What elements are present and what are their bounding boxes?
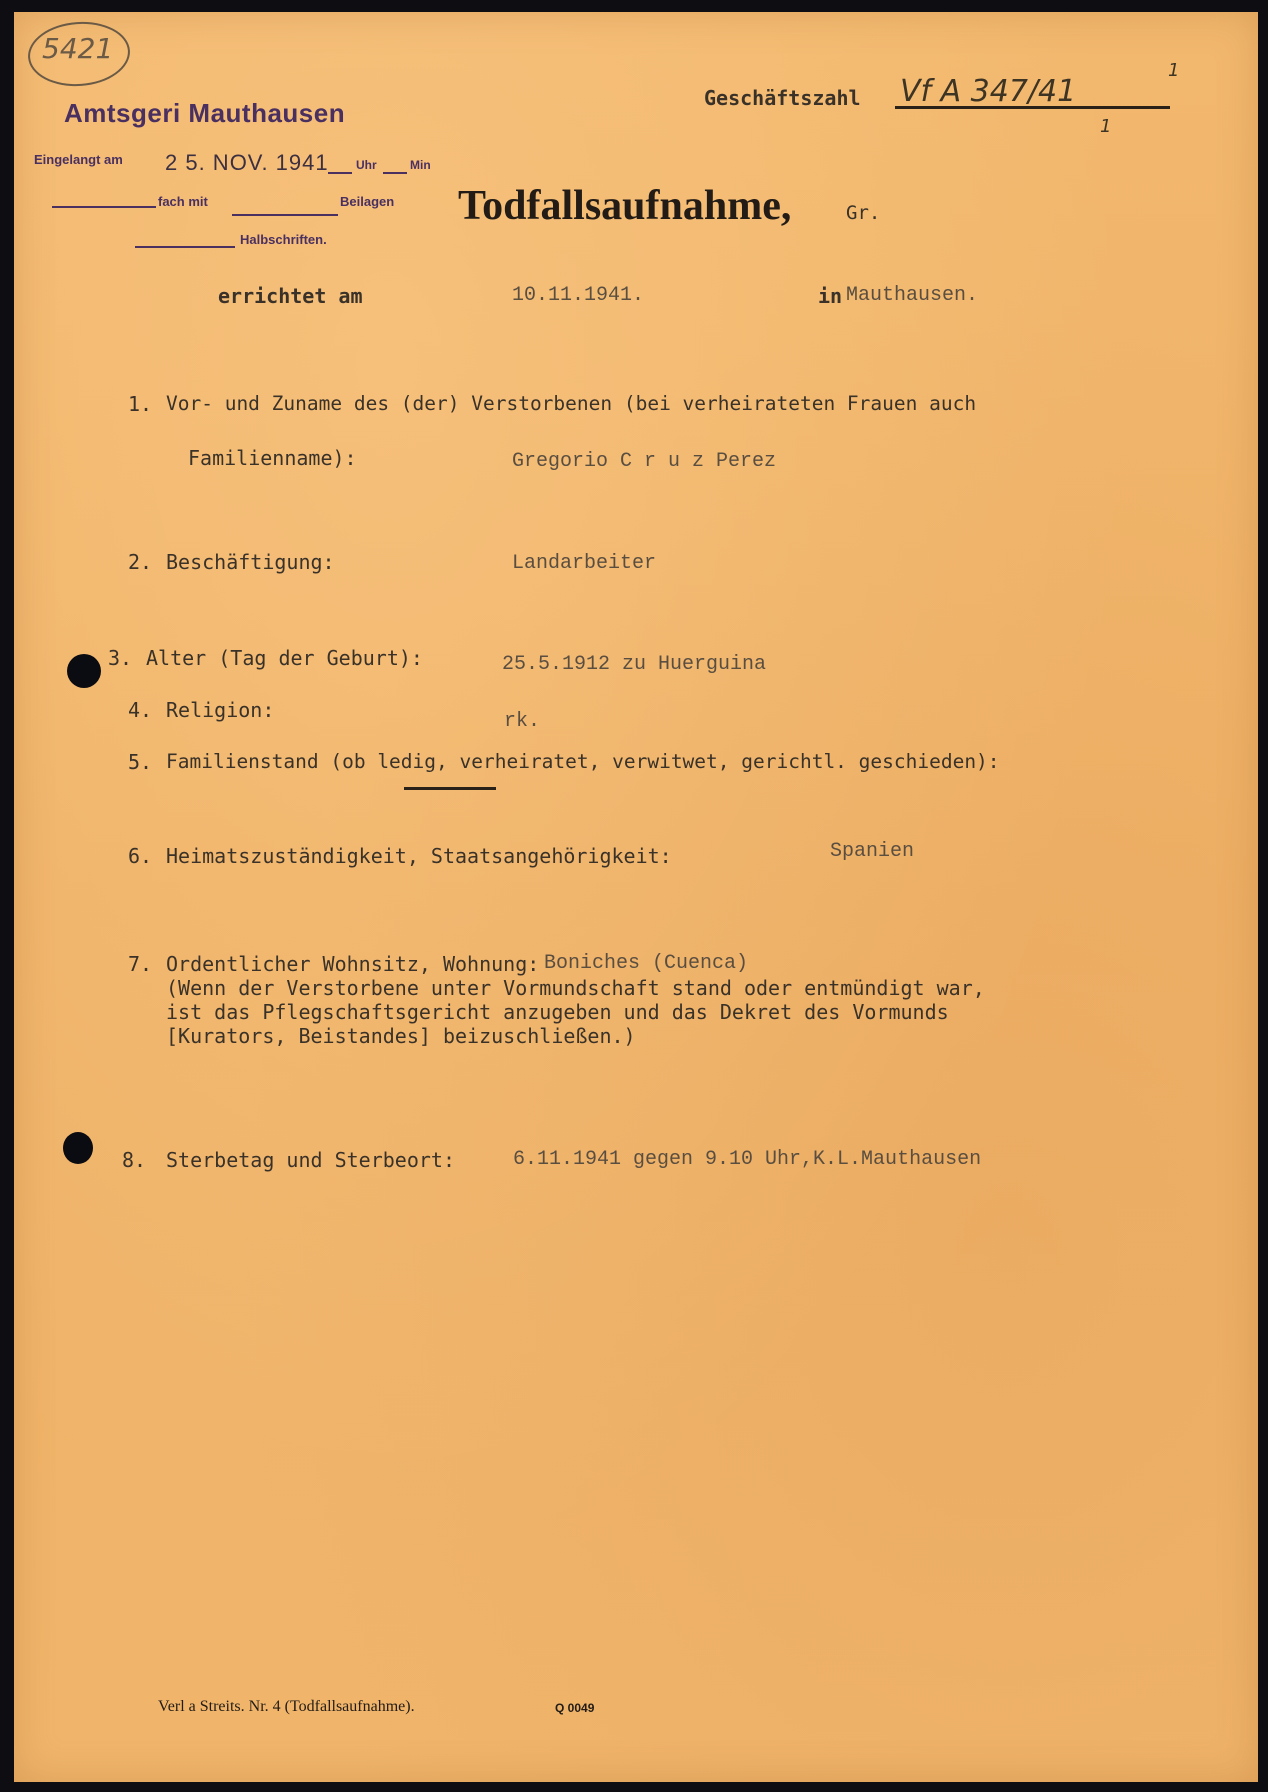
field-3-label: Alter (Tag der Geburt): bbox=[146, 646, 423, 670]
stamp-rule bbox=[232, 214, 338, 216]
geschaeftszahl-label: Geschäftszahl bbox=[704, 86, 861, 110]
errichtet-date: 10.11.1941. bbox=[512, 284, 644, 307]
field-7-note-line: ist das Pflegschaftsgericht anzugeben un… bbox=[166, 1000, 949, 1024]
stamp-received-label: Eingelangt am bbox=[34, 152, 123, 167]
archive-number: 5421 bbox=[42, 32, 113, 65]
stamp-received-date: 2 5. NOV. 1941 bbox=[165, 150, 329, 176]
field-1-label-line2: Familienname): bbox=[188, 446, 357, 470]
field-8-value: 6.11.1941 gegen 9.10 Uhr,K.L.Mauthausen bbox=[513, 1148, 981, 1171]
field-7-note-line: [Kurators, Beistandes] beizuschließen.) bbox=[166, 1024, 636, 1048]
field-2-label: Beschäftigung: bbox=[166, 550, 335, 574]
field-6-number: 6. bbox=[128, 844, 152, 868]
punch-hole bbox=[67, 654, 101, 688]
stamp-halbschriften-label: Halbschriften. bbox=[240, 232, 327, 247]
stamp-rule bbox=[383, 172, 407, 174]
field-2-number: 2. bbox=[128, 550, 152, 574]
field-4-value: rk. bbox=[504, 710, 540, 733]
geschaeftszahl-mark-below: 1 bbox=[1100, 116, 1111, 137]
field-1-label: Vor- und Zuname des (der) Verstorbenen (… bbox=[166, 392, 976, 415]
field-1-value: Gregorio C r u z Perez bbox=[512, 450, 776, 473]
title-suffix: Gr. bbox=[846, 202, 880, 224]
field-6-value: Spanien bbox=[830, 840, 914, 863]
geschaeftszahl-value: Vf A 347/41 bbox=[900, 74, 1076, 109]
errichtet-label: errichtet am bbox=[218, 284, 363, 308]
stamp-rule bbox=[52, 206, 156, 208]
field-3-value: 25.5.1912 zu Huerguina bbox=[502, 653, 766, 676]
stamp-fach-label: fach mit bbox=[158, 194, 208, 209]
field-5-number: 5. bbox=[128, 750, 152, 774]
document-page bbox=[14, 12, 1258, 1782]
field-5-label: Familienstand (ob ledig, verheiratet, ve… bbox=[166, 750, 1000, 773]
field-8-number: 8. bbox=[122, 1148, 146, 1172]
punch-hole bbox=[63, 1132, 93, 1164]
stamp-rule bbox=[328, 172, 352, 174]
stamp-court-name: Amtsgeri Mauthausen bbox=[64, 98, 345, 129]
errichtet-in-label: in bbox=[818, 284, 842, 308]
field-7-label: Ordentlicher Wohnsitz, Wohnung: bbox=[166, 952, 539, 976]
stamp-uhr-label: Uhr bbox=[356, 158, 377, 172]
field-2-value: Landarbeiter bbox=[512, 552, 656, 575]
field-1-number: 1. bbox=[128, 392, 152, 416]
field-7-note-line: (Wenn der Verstorbene unter Vormundschaf… bbox=[166, 976, 985, 1000]
field-7-number: 7. bbox=[128, 952, 152, 976]
field-7-value: Boniches (Cuenca) bbox=[544, 952, 748, 975]
errichtet-place: Mauthausen. bbox=[846, 284, 978, 307]
stamp-rule bbox=[135, 246, 235, 248]
field-8-label: Sterbetag und Sterbeort: bbox=[166, 1148, 455, 1172]
page-title: Todfallsaufnahme, bbox=[458, 182, 791, 230]
geschaeftszahl-mark: 1 bbox=[1168, 60, 1179, 81]
field-4-number: 4. bbox=[128, 698, 152, 722]
form-footer: Verl a Streits. Nr. 4 (Todfallsaufnahme)… bbox=[158, 1698, 415, 1716]
field-4-label: Religion: bbox=[166, 698, 274, 722]
ledig-underline-mark bbox=[404, 787, 496, 790]
form-code: Q 0049 bbox=[555, 1701, 594, 1715]
stamp-beilagen-label: Beilagen bbox=[340, 194, 394, 209]
field-6-label: Heimatszuständigkeit, Staatsangehörigkei… bbox=[166, 844, 672, 868]
field-3-number: 3. bbox=[108, 646, 132, 670]
stamp-min-label: Min bbox=[410, 158, 431, 172]
